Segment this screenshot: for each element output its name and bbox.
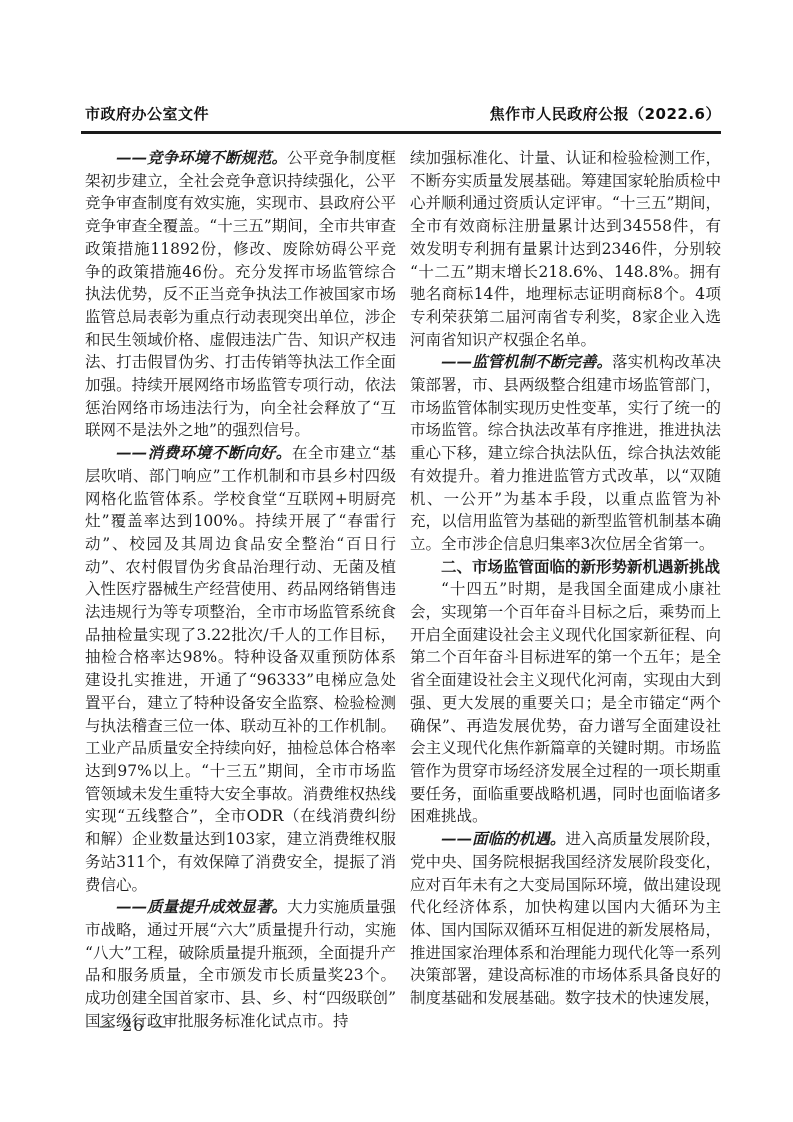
paragraph-145-period: “十四五”时期，是我国全面建成小康社会，实现第一个百年奋斗目标之后，乘势而上开启…	[410, 578, 721, 828]
paragraph-consumption-environment: ——消费环境不断向好。在全市建立“基层吹哨、部门响应”工作机制和市县乡村四级网格…	[85, 442, 396, 896]
text-columns: ——竞争环境不断规范。公平竞争制度框架初步建立，全社会竞争意识持续强化，公平竞争…	[85, 147, 721, 1032]
header-document-type: 市政府办公室文件	[85, 103, 209, 124]
paragraph-quality-improvement: ——质量提升成效显著。大力实施质量强市战略，通过开展“六大”质量提升行动，实施“…	[85, 896, 396, 1032]
section-heading-2: 二、市场监管面临的新形势新机遇新挑战	[410, 556, 721, 579]
paragraph-text: 公平竞争制度框架初步建立，全社会竞争意识持续强化，公平竞争审查制度有效实施，实现…	[85, 149, 396, 439]
header-rule	[81, 131, 721, 134]
paragraph-lead: ——消费环境不断向好。	[116, 443, 292, 462]
paragraph-continuation: 续加强标准化、计量、认证和检验检测工作，不断夯实质量发展基础。筹建国家轮胎质检中…	[410, 147, 721, 351]
paragraph-text: 大力实施质量强市战略，通过开展“六大”质量提升行动，实施“八大”工程，破除质量提…	[85, 898, 396, 1030]
paragraph-text: 续加强标准化、计量、认证和检验检测工作，不断夯实质量发展基础。筹建国家轮胎质检中…	[410, 149, 721, 349]
left-column: ——竞争环境不断规范。公平竞争制度框架初步建立，全社会竞争意识持续强化，公平竞争…	[85, 147, 396, 1032]
page-number: — 26 —	[99, 1016, 168, 1035]
paragraph-lead: ——监管机制不断完善。	[441, 352, 612, 371]
paragraph-text: 进入高质量发展阶段，党中央、国务院根据我国经济发展阶段变化，应对百年未有之大变局…	[410, 830, 721, 1007]
paragraph-lead: ——面临的机遇。	[441, 829, 565, 848]
paragraph-opportunities: ——面临的机遇。进入高质量发展阶段，党中央、国务院根据我国经济发展阶段变化，应对…	[410, 828, 721, 1010]
paragraph-lead: ——竞争环境不断规范。	[116, 148, 287, 167]
paragraph-text: 落实机构改革决策部署，市、县两级整合组建市场监管部门，市场监管体制实现历史性变革…	[410, 353, 721, 553]
paragraph-regulatory-mechanism: ——监管机制不断完善。落实机构改革决策部署，市、县两级整合组建市场监管部门，市场…	[410, 351, 721, 555]
header-gazette-title: 焦作市人民政府公报（2022.6）	[490, 103, 721, 124]
paragraph-text: 在全市建立“基层吹哨、部门响应”工作机制和市县乡村四级网格化监管体系。学校食堂“…	[85, 444, 396, 893]
right-column: 续加强标准化、计量、认证和检验检测工作，不断夯实质量发展基础。筹建国家轮胎质检中…	[410, 147, 721, 1032]
paragraph-lead: ——质量提升成效显著。	[116, 897, 287, 916]
document-page: 市政府办公室文件 焦作市人民政府公报（2022.6） ——竞争环境不断规范。公平…	[0, 0, 793, 1122]
paragraph-competition-environment: ——竞争环境不断规范。公平竞争制度框架初步建立，全社会竞争意识持续强化，公平竞争…	[85, 147, 396, 442]
page-header: 市政府办公室文件 焦作市人民政府公报（2022.6）	[85, 103, 721, 124]
paragraph-text: “十四五”时期，是我国全面建成小康社会，实现第一个百年奋斗目标之后，乘势而上开启…	[410, 580, 721, 825]
